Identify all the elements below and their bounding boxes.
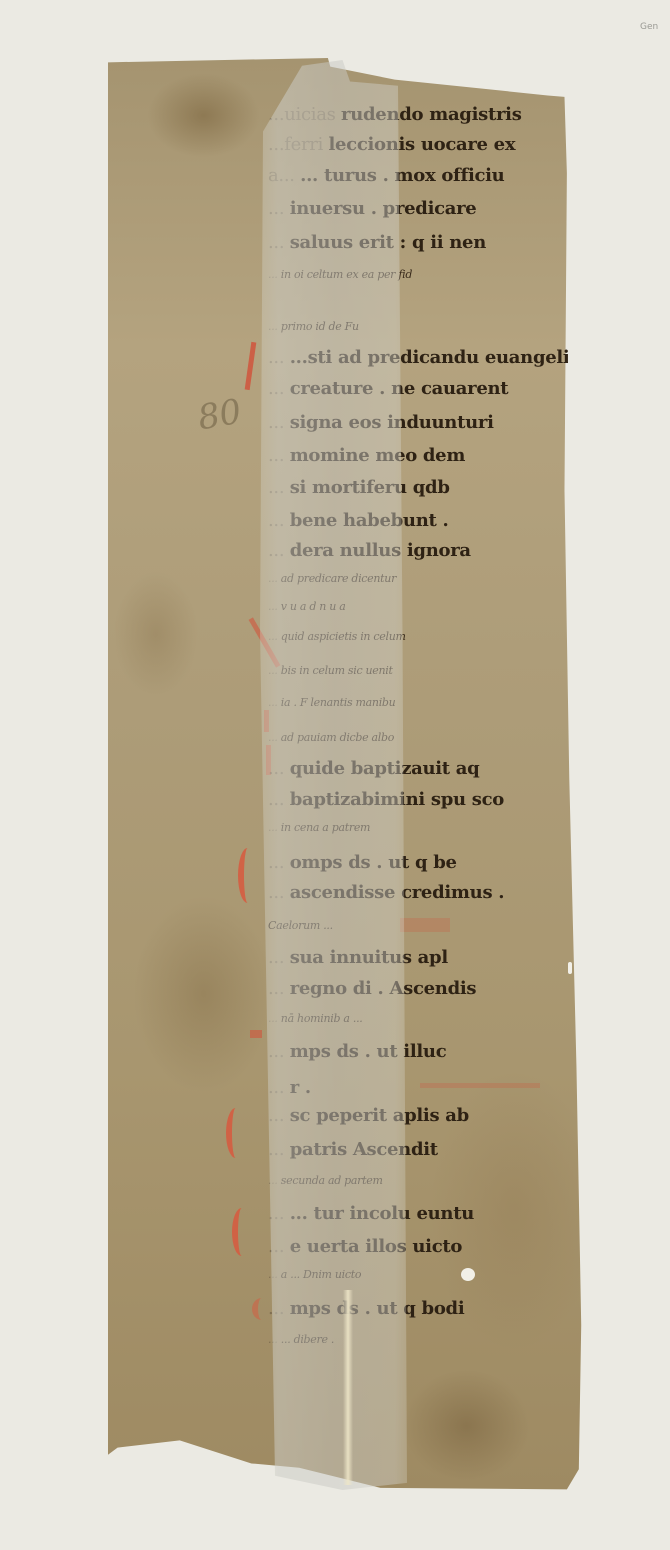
- tissue-seam: [343, 1290, 353, 1485]
- tissue-repair-strip: [260, 60, 410, 1490]
- rubric-initial: [232, 1208, 248, 1256]
- pencil-annotation: 80: [195, 392, 245, 439]
- corner-label: Gen: [640, 22, 658, 32]
- footer-mark: [105, 1470, 108, 1479]
- rubric-mark: [250, 1030, 262, 1038]
- rubric-line: [420, 1083, 540, 1088]
- parchment-hole: [461, 1268, 475, 1281]
- rubric-initial: [252, 1298, 268, 1320]
- rubric-initial: [226, 1108, 242, 1158]
- rubric-line: [400, 918, 450, 932]
- parchment-hole: [568, 962, 572, 974]
- rubric-initial: [238, 848, 254, 903]
